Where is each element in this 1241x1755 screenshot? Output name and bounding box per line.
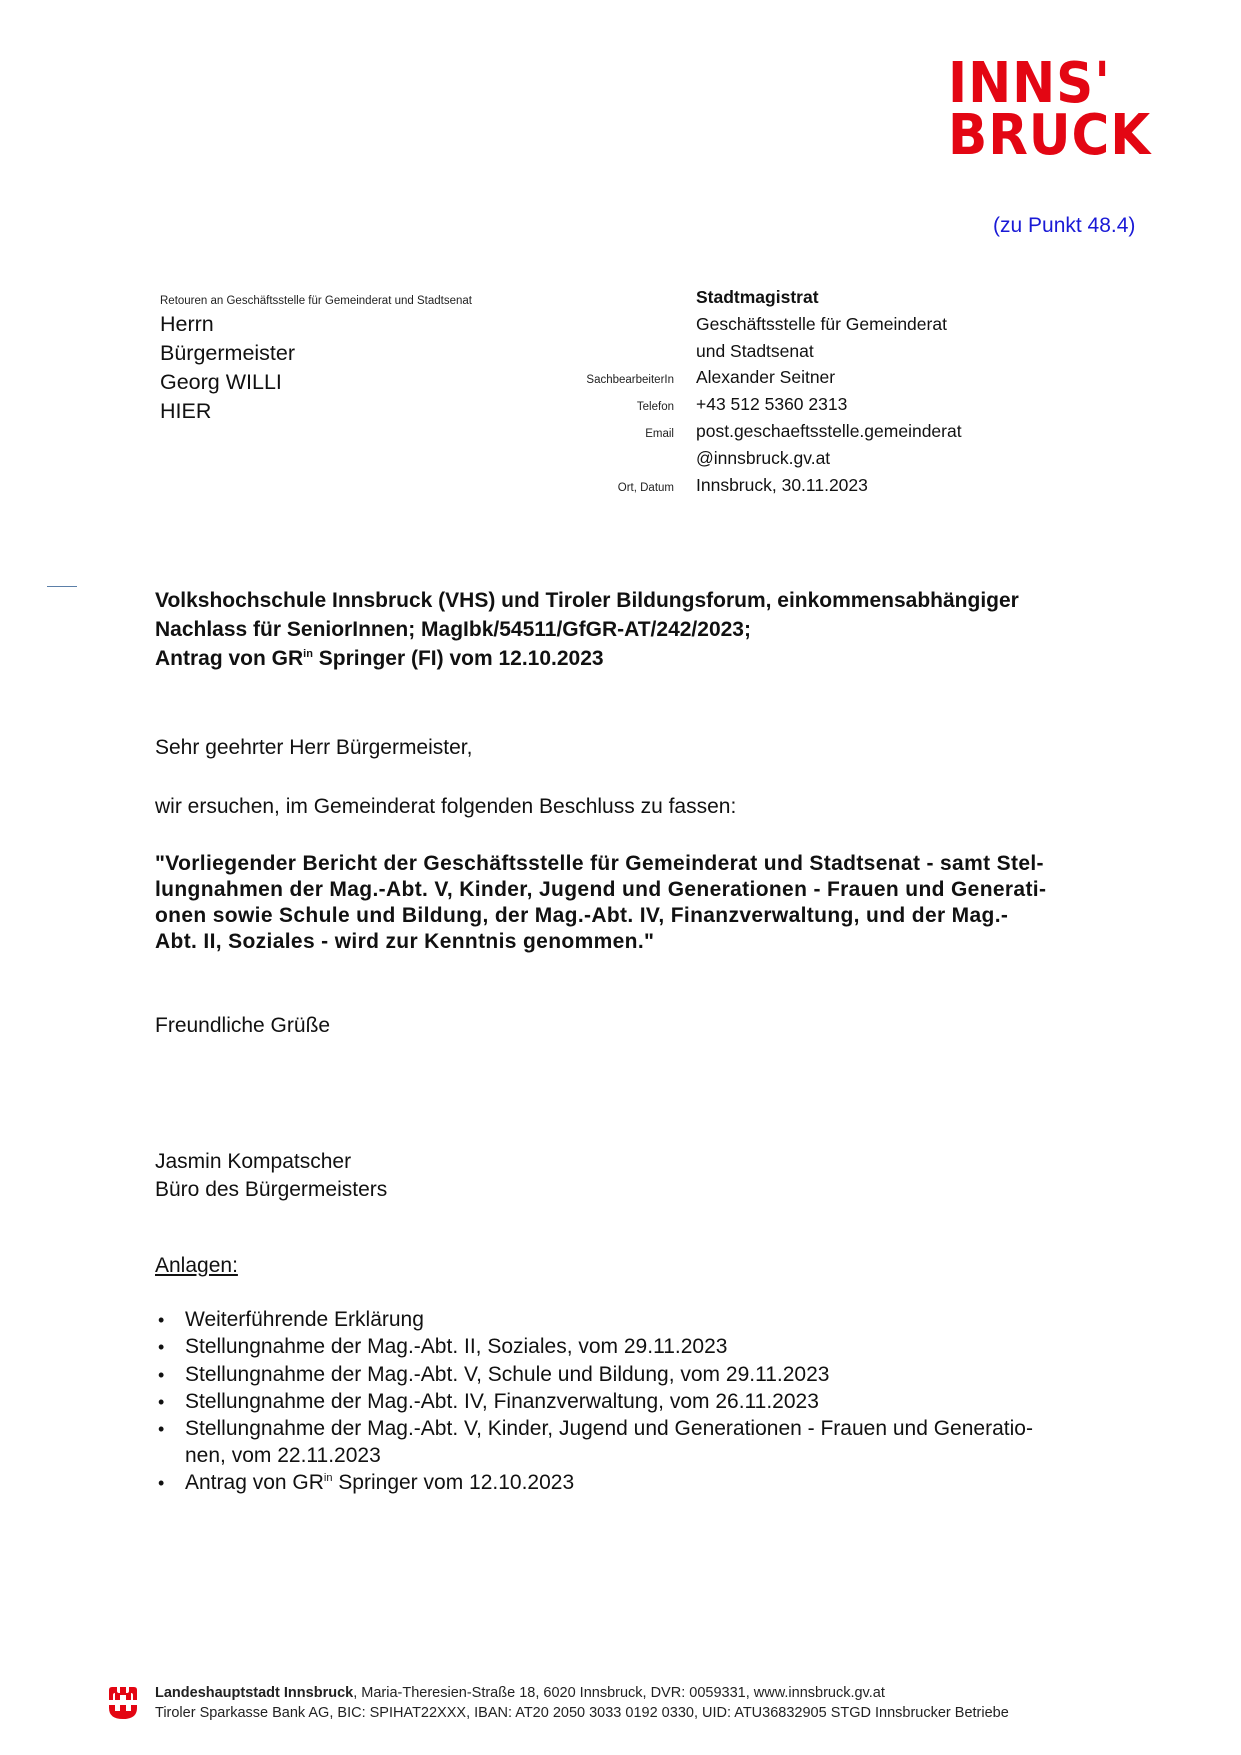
phone-number: +43 512 5360 2313: [696, 394, 847, 415]
attachment-item-continuation: nen, vom 22.11.2023: [185, 1444, 381, 1468]
attachment-item: Stellungnahme der Mag.-Abt. IV, Finanzve…: [185, 1390, 819, 1414]
resolution-line: "Vorliegender Bericht der Geschäftsstell…: [155, 852, 1044, 876]
bullet-icon: •: [158, 1310, 164, 1331]
footer-city-name: Landeshauptstadt Innsbruck: [155, 1685, 353, 1701]
sender-dept-line-2: und Stadtsenat: [696, 341, 814, 362]
subject-line-3: Antrag von GRin Springer (FI) vom 12.10.…: [155, 647, 604, 671]
bullet-icon: •: [158, 1365, 164, 1386]
attachment-item: Weiterführende Erklärung: [185, 1308, 424, 1332]
salutation: Sehr geehrter Herr Bürgermeister,: [155, 736, 472, 760]
footer-address-rest: , Maria-Theresien-Straße 18, 6020 Innsbr…: [353, 1685, 885, 1701]
fold-mark: [47, 586, 77, 587]
place-date-label: Ort, Datum: [618, 482, 674, 494]
clerk-label: SachbearbeiterIn: [586, 374, 674, 386]
attachment-item: Stellungnahme der Mag.-Abt. II, Soziales…: [185, 1335, 727, 1359]
sender-org: Stadtmagistrat: [696, 287, 819, 308]
request-text: wir ersuchen, im Gemeinderat folgenden B…: [155, 795, 736, 819]
bullet-icon: •: [158, 1337, 164, 1358]
place-date: Innsbruck, 30.11.2023: [696, 475, 868, 496]
resolution-line: Abt. II, Soziales - wird zur Kenntnis ge…: [155, 930, 654, 954]
subject-line-1: Volkshochschule Innsbruck (VHS) und Tiro…: [155, 589, 1019, 613]
clerk-name: Alexander Seitner: [696, 367, 835, 388]
bullet-icon: •: [158, 1392, 164, 1413]
attachment-post: Springer vom 12.10.2023: [332, 1471, 574, 1494]
attachment-pre: Antrag von GR: [185, 1471, 324, 1494]
subject-line-3-pre: Antrag von GR: [155, 647, 303, 670]
subject-line-3-sup: in: [303, 648, 313, 660]
attachment-item: Antrag von GRin Springer vom 12.10.2023: [185, 1471, 574, 1495]
sender-dept-line-1: Geschäftsstelle für Gemeinderat: [696, 314, 947, 335]
agenda-reference: (zu Punkt 48.4): [993, 214, 1135, 238]
email-line-2: @innsbruck.gv.at: [696, 448, 830, 469]
recipient-line: Bürgermeister: [160, 341, 295, 366]
attachments-title: Anlagen:: [155, 1254, 238, 1278]
bullet-icon: •: [158, 1419, 164, 1440]
attachment-item: Stellungnahme der Mag.-Abt. V, Schule un…: [185, 1363, 829, 1387]
recipient-line: Herrn: [160, 312, 214, 337]
recipient-line: Georg WILLI: [160, 370, 282, 395]
signer-name: Jasmin Kompatscher: [155, 1150, 351, 1174]
footer-bank-details: Tiroler Sparkasse Bank AG, BIC: SPIHAT22…: [155, 1705, 1009, 1721]
innsbruck-logo: INNS' BRUCK: [948, 58, 1188, 170]
logo-line-2: BRUCK: [948, 110, 1169, 162]
phone-label: Telefon: [637, 401, 674, 413]
recipient-line: HIER: [160, 399, 211, 424]
return-address-line: Retouren an Geschäftsstelle für Gemeinde…: [160, 295, 472, 307]
subject-line-3-post: Springer (FI) vom 12.10.2023: [313, 647, 604, 670]
subject-line-2: Nachlass für SeniorInnen; MagIbk/54511/G…: [155, 618, 751, 642]
attachment-item: Stellungnahme der Mag.-Abt. V, Kinder, J…: [185, 1417, 1033, 1441]
email-label: Email: [645, 428, 674, 440]
resolution-line: lungnahmen der Mag.-Abt. V, Kinder, Juge…: [155, 878, 1046, 902]
resolution-line: onen sowie Schule und Bildung, der Mag.-…: [155, 904, 1008, 928]
signer-office: Büro des Bürgermeisters: [155, 1178, 387, 1202]
city-coat-of-arms-icon: [108, 1686, 138, 1720]
email-line-1: post.geschaeftsstelle.gemeinderat: [696, 421, 962, 442]
footer-address: Landeshauptstadt Innsbruck, Maria-Theres…: [155, 1685, 885, 1701]
bullet-icon: •: [158, 1473, 164, 1494]
closing: Freundliche Grüße: [155, 1014, 330, 1038]
